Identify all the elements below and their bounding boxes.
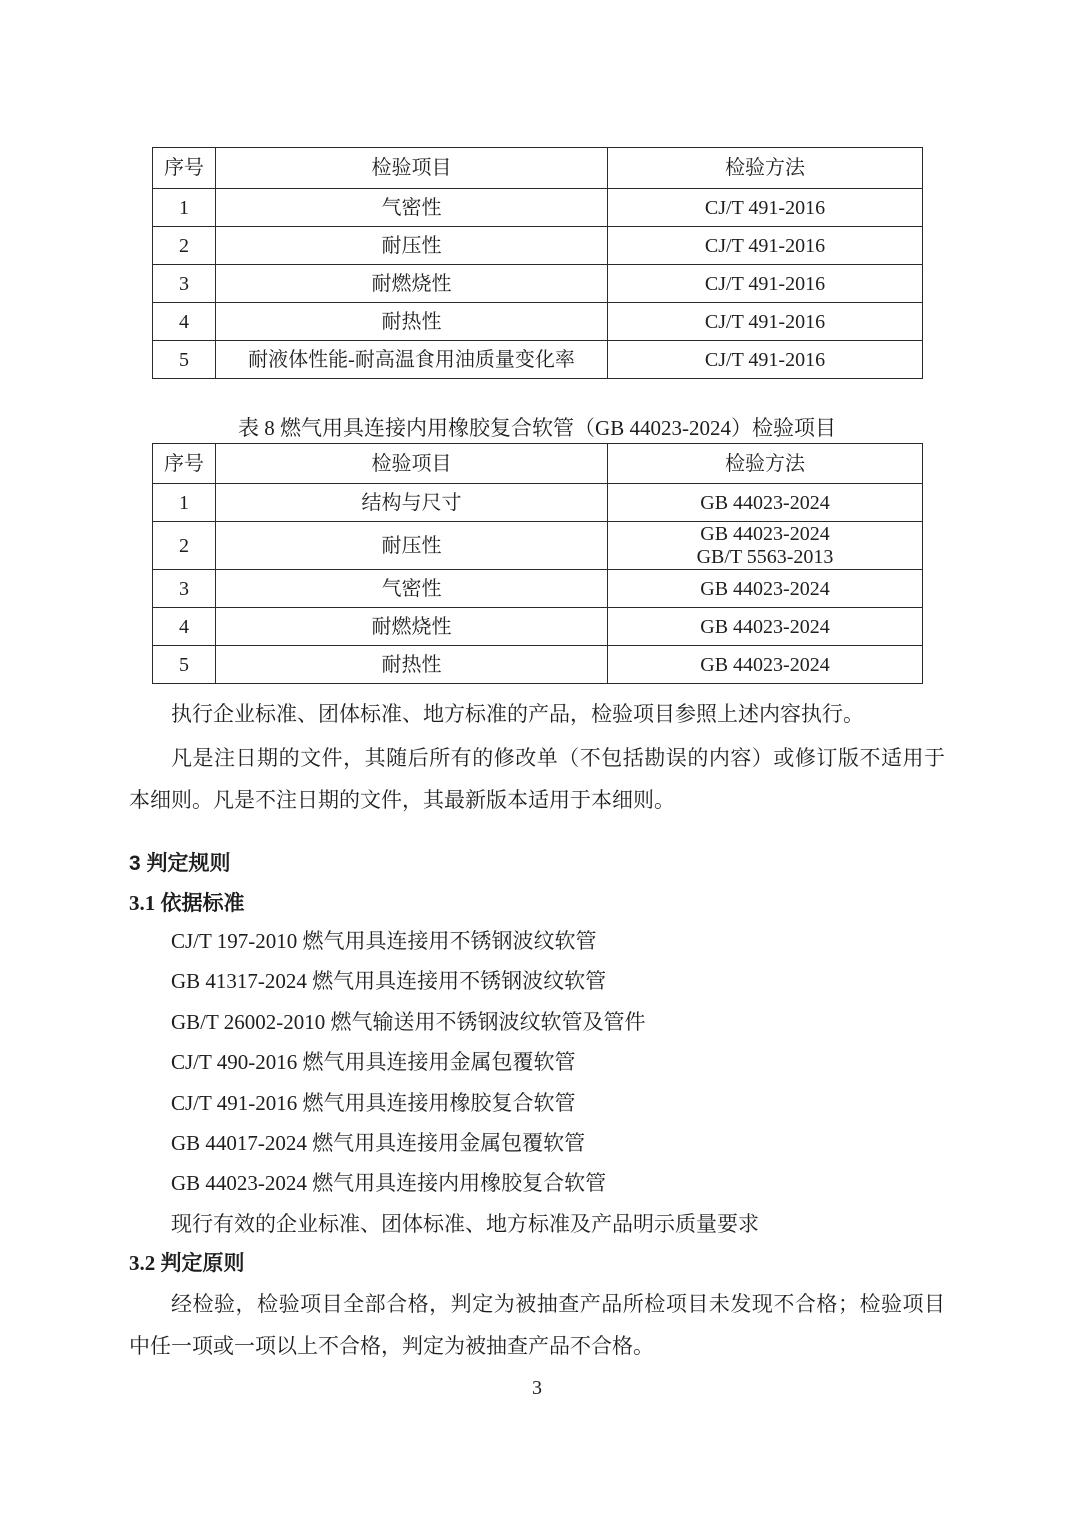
section3-heading: 3 判定规则 xyxy=(129,844,945,884)
cjt491-inspection-table: 序号 检验项目 检验方法 1 气密性 CJ/T 491-2016 2 耐压性 C… xyxy=(152,147,923,379)
method-cell: CJ/T 491-2016 xyxy=(608,303,923,341)
table-header-row: 序号 检验项目 检验方法 xyxy=(153,148,923,189)
reference-standards-list: CJ/T 197-2010 燃气用具连接用不锈钢波纹软管 GB 41317-20… xyxy=(129,921,945,1244)
item-cell: 耐燃烧性 xyxy=(216,608,608,646)
document-page: 序号 检验项目 检验方法 1 气密性 CJ/T 491-2016 2 耐压性 C… xyxy=(0,0,1074,1520)
seq-cell: 4 xyxy=(153,303,216,341)
col-header-method: 检验方法 xyxy=(608,148,923,189)
section3-2-heading: 3.2 判定原则 xyxy=(129,1243,945,1283)
list-item: 现行有效的企业标准、团体标准、地方标准及产品明示质量要求 xyxy=(129,1204,945,1244)
list-item: GB 41317-2024 燃气用具连接用不锈钢波纹软管 xyxy=(129,961,945,1001)
seq-cell: 3 xyxy=(153,570,216,608)
seq-cell: 2 xyxy=(153,522,216,570)
table-row: 3 耐燃烧性 CJ/T 491-2016 xyxy=(153,265,923,303)
table-row: 5 耐液体性能-耐高温食用油质量变化率 CJ/T 491-2016 xyxy=(153,341,923,379)
seq-cell: 4 xyxy=(153,608,216,646)
list-item: GB/T 26002-2010 燃气输送用不锈钢波纹软管及管件 xyxy=(129,1002,945,1042)
method-line: GB 44023-2024 xyxy=(608,523,922,546)
table-row: 2 耐压性 CJ/T 491-2016 xyxy=(153,227,923,265)
seq-cell: 5 xyxy=(153,646,216,684)
item-cell: 耐燃烧性 xyxy=(216,265,608,303)
item-cell: 耐压性 xyxy=(216,227,608,265)
paragraph-dated-documents-note: 凡是注日期的文件，其随后所有的修改单（不包括勘误的内容）或修订版不适用于本细则。… xyxy=(129,737,945,821)
table-row: 2 耐压性 GB 44023-2024 GB/T 5563-2013 xyxy=(153,522,923,570)
table-row: 4 耐热性 CJ/T 491-2016 xyxy=(153,303,923,341)
col-header-method: 检验方法 xyxy=(608,444,923,484)
table8-caption: 表 8 燃气用具连接内用橡胶复合软管（GB 44023-2024）检验项目 xyxy=(0,414,1074,442)
seq-cell: 3 xyxy=(153,265,216,303)
table-row: 5 耐热性 GB 44023-2024 xyxy=(153,646,923,684)
method-cell: CJ/T 491-2016 xyxy=(608,227,923,265)
method-cell: GB 44023-2024 xyxy=(608,646,923,684)
item-cell: 结构与尺寸 xyxy=(216,484,608,522)
paragraph-execution-note: 执行企业标准、团体标准、地方标准的产品，检验项目参照上述内容执行。 xyxy=(129,694,945,735)
item-cell: 耐热性 xyxy=(216,303,608,341)
gb44023-inspection-table: 序号 检验项目 检验方法 1 结构与尺寸 GB 44023-2024 2 耐压性… xyxy=(152,443,923,684)
method-cell: GB 44023-2024 xyxy=(608,484,923,522)
item-cell: 耐热性 xyxy=(216,646,608,684)
item-cell: 气密性 xyxy=(216,570,608,608)
item-cell: 耐压性 xyxy=(216,522,608,570)
seq-cell: 1 xyxy=(153,189,216,227)
section3-1-heading: 3.1 依据标准 xyxy=(129,883,945,923)
table-row: 4 耐燃烧性 GB 44023-2024 xyxy=(153,608,923,646)
seq-cell: 5 xyxy=(153,341,216,379)
item-cell: 气密性 xyxy=(216,189,608,227)
seq-cell: 2 xyxy=(153,227,216,265)
method-cell: GB 44023-2024 GB/T 5563-2013 xyxy=(608,522,923,570)
col-header-item: 检验项目 xyxy=(216,444,608,484)
list-item: CJ/T 491-2016 燃气用具连接用橡胶复合软管 xyxy=(129,1083,945,1123)
list-item: CJ/T 197-2010 燃气用具连接用不锈钢波纹软管 xyxy=(129,921,945,961)
method-cell: CJ/T 491-2016 xyxy=(608,189,923,227)
table-row: 3 气密性 GB 44023-2024 xyxy=(153,570,923,608)
col-header-seq: 序号 xyxy=(153,148,216,189)
method-line: GB/T 5563-2013 xyxy=(608,546,922,569)
list-item: GB 44023-2024 燃气用具连接内用橡胶复合软管 xyxy=(129,1163,945,1203)
seq-cell: 1 xyxy=(153,484,216,522)
method-cell: GB 44023-2024 xyxy=(608,570,923,608)
paragraph-judgement-principle: 经检验，检验项目全部合格，判定为被抽查产品所检项目未发现不合格；检验项目中任一项… xyxy=(129,1283,945,1367)
table-row: 1 结构与尺寸 GB 44023-2024 xyxy=(153,484,923,522)
table-row: 1 气密性 CJ/T 491-2016 xyxy=(153,189,923,227)
page-number: 3 xyxy=(0,1368,1074,1408)
method-cell: CJ/T 491-2016 xyxy=(608,341,923,379)
item-cell: 耐液体性能-耐高温食用油质量变化率 xyxy=(216,341,608,379)
method-cell: CJ/T 491-2016 xyxy=(608,265,923,303)
method-cell: GB 44023-2024 xyxy=(608,608,923,646)
list-item: GB 44017-2024 燃气用具连接用金属包覆软管 xyxy=(129,1123,945,1163)
col-header-seq: 序号 xyxy=(153,444,216,484)
list-item: CJ/T 490-2016 燃气用具连接用金属包覆软管 xyxy=(129,1042,945,1082)
table-header-row: 序号 检验项目 检验方法 xyxy=(153,444,923,484)
col-header-item: 检验项目 xyxy=(216,148,608,189)
